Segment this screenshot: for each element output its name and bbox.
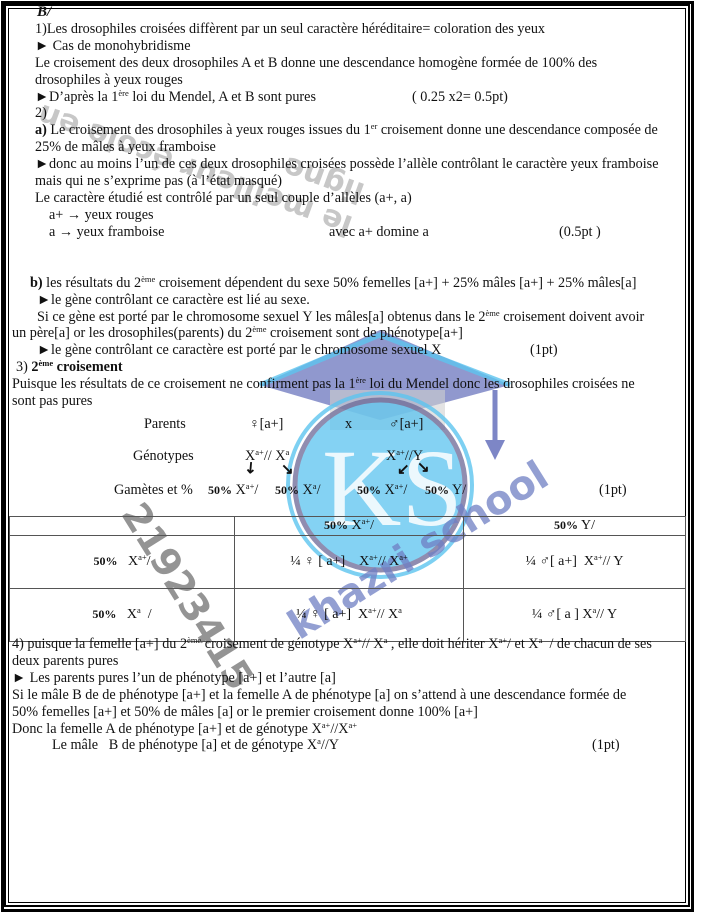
col-header-xa-plus: 50% Xa+/ — [235, 517, 464, 536]
bullet-icon: ► — [35, 38, 49, 54]
dominance-note: avec a+ domine a — [329, 224, 429, 241]
parent-female: ♀[a+] — [249, 416, 283, 433]
q4-section: 4) puisque la femelle [a+] du 2ème crois… — [9, 636, 686, 754]
offspring-female-heterozygous: ¼ ♀ [ a+] Xa+// Xa — [235, 589, 464, 642]
q3-line2: sont pas pures — [9, 393, 686, 410]
q2-label: 2) — [9, 105, 686, 122]
bullet-icon: ► — [12, 670, 26, 686]
q2b-line3: Si ce gène est porté par le chromosome s… — [9, 309, 686, 326]
q2a-line3: ►donc au moins l’un de ces deux drosophi… — [9, 156, 686, 173]
arrow-down-right-icon: ↘ — [417, 460, 430, 477]
row-header-xa-plus: 50% Xa+/ — [10, 536, 235, 589]
offspring-female-homozygous: ¼ ♀ [ a+] Xa+// Xa+ — [235, 536, 464, 589]
parents-label: Parents — [144, 416, 186, 433]
q3-points: (1pt) — [599, 482, 627, 499]
arrow-down-left-icon: ↙ — [397, 462, 410, 479]
q2b-line4: un père[a] or les drosophiles(parents) d… — [9, 325, 686, 342]
gamete-male-1: 50% Xa+/ — [357, 482, 407, 499]
bullet-icon: ► — [37, 342, 51, 358]
gamete-male-2: 50% Y/ — [425, 482, 466, 499]
gamete-female-1: 50% Xa+/ — [208, 482, 258, 499]
punnett-square-table: 50% Xa+/ 50% Y/ 50% Xa+/ ¼ ♀ [ a+] Xa+//… — [9, 516, 686, 642]
parent-male: ♂[a+] — [389, 416, 423, 433]
row-header-xa: 50% Xa / — [10, 589, 235, 642]
offspring-male-dominant: ¼ ♂[ a+] Xa+// Y — [464, 536, 686, 589]
q2a-points: (0.5pt ) — [559, 224, 601, 241]
q2a-line5: Le caractère étudié est contrôlé par un … — [9, 190, 686, 207]
cross-symbol: x — [345, 416, 352, 433]
q2a-line1: a) Le croisement des drosophiles à yeux … — [9, 122, 686, 139]
q2b-points: (1pt) — [530, 342, 558, 359]
q4-line1: 4) puisque la femelle [a+] du 2ème crois… — [9, 636, 686, 653]
offspring-male-recessive: ¼ ♂[ a ] Xa// Y — [464, 589, 686, 642]
q1-line1: 1)Les drosophiles croisées diffèrent par… — [9, 21, 686, 38]
q4-line3: ► Les parents pures l’un de phénotype [a… — [9, 670, 686, 687]
allele-dominant: a+ → yeux rouges — [9, 207, 686, 224]
q2a-line2: 25% de mâles à yeux framboise — [9, 139, 686, 156]
q4-line6: Donc la femelle A de phénotype [a+] et d… — [9, 721, 686, 738]
table-row: 50% Xa+/ ¼ ♀ [ a+] Xa+// Xa+ ¼ ♂[ a+] Xa… — [10, 536, 686, 589]
q4-line2: deux parents pures — [9, 653, 686, 670]
q1-line5: ►D’après la 1ère loi du Mendel, A et B s… — [9, 89, 686, 106]
cross-diagram: Parents ♀[a+] x ♂[a+] Génotypes Xa+// Xa… — [9, 410, 686, 510]
bullet-icon: ► — [37, 292, 51, 308]
q4-line4: Si le mâle B de de phénotype [a+] et la … — [9, 687, 686, 704]
table-header-row: 50% Xa+/ 50% Y/ — [10, 517, 686, 536]
q1-line2: ► Cas de monohybridisme — [9, 38, 686, 55]
q4-points: (1pt) — [592, 737, 620, 754]
q3-line1: Puisque les résultats de ce croisement n… — [9, 376, 686, 393]
q4-line5: 50% femelles [a+] et 50% de mâles [a] or… — [9, 704, 686, 721]
table-row: 50% Xa / ¼ ♀ [ a+] Xa+// Xa ¼ ♂[ a ] Xa/… — [10, 589, 686, 642]
q1-points: ( 0.25 x2= 0.5pt) — [412, 89, 508, 106]
q2b-line1: b) les résultats du 2ème croisement dépe… — [9, 275, 686, 292]
q2b-line5: ►le gène contrôlant ce caractère est por… — [9, 342, 686, 359]
answer-content: B/ 1)Les drosophiles croisées diffèrent … — [9, 4, 686, 510]
table-corner-cell — [10, 517, 235, 536]
gametes-label: Gamètes et % — [114, 482, 193, 499]
col-header-y: 50% Y/ — [464, 517, 686, 536]
section-heading: B/ — [9, 4, 686, 21]
gamete-female-2: 50% Xa/ — [275, 482, 321, 499]
allele-recessive-line: a → yeux framboise avec a+ domine a (0.5… — [9, 224, 686, 241]
q2b-line2: ►le gène contrôlant ce caractère est lié… — [9, 292, 686, 309]
q1-line3: Le croisement des deux drosophiles A et … — [9, 55, 686, 72]
q4-line7: Le mâle B de phénotype [a] et de génotyp… — [9, 737, 686, 754]
q3-label: 3) 2ème croisement — [9, 359, 686, 376]
bullet-icon: ► — [35, 156, 49, 172]
arrow-down-right-icon: ↘ — [281, 462, 294, 479]
genotypes-label: Génotypes — [133, 448, 194, 465]
bullet-icon: ► — [35, 89, 49, 105]
q1-line4: drosophiles à yeux rouges — [9, 72, 686, 89]
q2a-line4: mais qui ne s’exprime pas (à l’état masq… — [9, 173, 686, 190]
